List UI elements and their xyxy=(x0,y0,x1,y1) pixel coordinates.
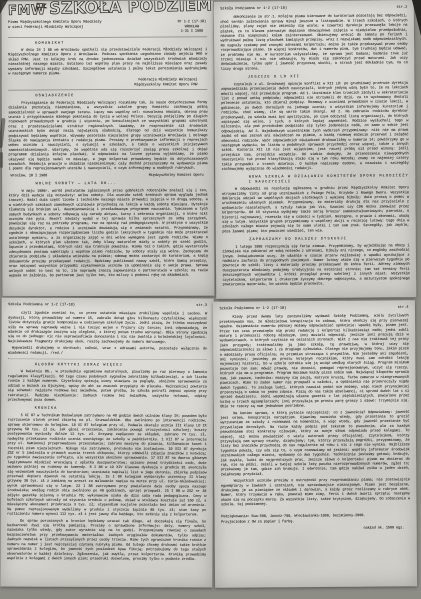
signature-org: Międzyszkolny Komitet Oporu xyxy=(149,173,204,178)
page-header-title: Szkoła Podziemna nr 1-2 (17-18) xyxy=(219,306,286,311)
body-paragraph: Do spraw poruszanych w kronice będziemy … xyxy=(7,519,206,562)
body-paragraph: dokończenie ze str.1. Kolejne pisma kier… xyxy=(220,14,407,72)
body-paragraph: Kiedy przed dwoma laty zaczynaliśmy wyda… xyxy=(219,314,409,410)
masthead: FMWSZKOŁA PODZIEMNA xyxy=(8,2,201,16)
page-3-content: Szkoła Podziemna nr 1-2 (17-18)str.3czyl… xyxy=(0,298,213,570)
page-header-title: Szkoła Podziemna nr 1-2 (17-18) xyxy=(8,303,75,308)
publication-subtitle: Pismo Międzyszkolnego Komitetu Oporu Mło… xyxy=(8,20,101,30)
page-number: str.2 xyxy=(396,5,407,10)
issue-date: 1-31 I 1988 xyxy=(178,29,206,34)
signature-line: Międzyszkolny Komitet Oporu FMW xyxy=(8,83,197,88)
signature-place-date: Wrocław, 10 I 1988 xyxy=(11,174,48,179)
section-heading: KOMUNIKAT xyxy=(35,40,207,45)
subtitle-line: w sieci Federacji Młodzieży Walczącej xyxy=(8,25,101,30)
dotted-divider xyxy=(8,359,207,360)
signature-block: Federacja Młodzieży WalczącejMiędzyszkol… xyxy=(8,78,197,88)
section-heading: WOLNE SOBOTY — LATA 80... xyxy=(36,181,208,186)
page-header-title: Szkoła Podziemna nr 1-2 (17-18) xyxy=(220,6,287,11)
newsletter-page-3: Szkoła Podziemna nr 1-2 (17-18)str.3czyl… xyxy=(0,298,213,588)
footer-acknowledgements: Podziękowania: Ewa-500, Janusz-700, Wroc… xyxy=(221,513,410,525)
body-paragraph: Wszystkich uczniów prosimy o ostrożność … xyxy=(221,478,410,508)
section-heading: OŚWIADCZENIE xyxy=(35,93,207,98)
page-header: Szkoła Podziemna nr 1-2 (17-18)str.2 xyxy=(220,5,407,11)
scan-edge-smudge xyxy=(0,152,3,168)
footer-line: Przyjaciołom z SW za papier i farbę. xyxy=(221,519,410,525)
newsletter-page-4: Szkoła Podziemna nr 1-2 (17-18)str.4Kied… xyxy=(213,300,417,588)
page-4-content: Szkoła Podziemna nr 1-2 (17-18)str.4Kied… xyxy=(213,300,417,537)
scanned-newsletter: FMWSZKOŁA PODZIEMNAPismo Międzyszkolnego… xyxy=(0,0,421,599)
page-number: str.4 xyxy=(398,305,409,310)
divider-rule xyxy=(8,89,207,90)
section-heading: NOWA SZKOŁA W DZIAŁANIU KOMITETÓW OPORU … xyxy=(249,174,409,185)
editor-note: Wypowiedzi drukujemy w skrótach; całość,… xyxy=(8,346,207,356)
body-paragraph: 5 XI 87 w Technikum Budowlanym zatrzyman… xyxy=(7,413,206,517)
section-heading: KRONIKA xyxy=(35,406,207,411)
body-paragraph: W dniu 24 I 88 we Wrocławiu spotkali się… xyxy=(8,48,207,77)
section-heading: GŁOSÓW KRYTYKI CORAZ WIĘCEJ xyxy=(35,363,207,368)
body-paragraph: W maju 1980r. wśród postulatów zgłaszany… xyxy=(9,188,208,278)
page-header: Szkoła Podziemna nr 1-2 (17-18)str.4 xyxy=(219,305,408,311)
print-run-note: nakład ok. 1500 egz. xyxy=(221,526,404,532)
body-paragraph: Czytelnik z ul. Grochowej opisuje konfli… xyxy=(221,81,409,172)
body-paragraph: W kwietniu 86., w przededniu egzaminów m… xyxy=(8,370,207,404)
divider-rule xyxy=(8,36,207,37)
publication-info: Pismo Międzyszkolnego Komitetu Oporu Mło… xyxy=(8,20,206,35)
flag-doodle-icon xyxy=(35,2,48,13)
page-number: str.3 xyxy=(196,303,207,308)
page-header: Szkoła Podziemna nr 1-2 (17-18)str.3 xyxy=(8,303,207,309)
section-heading: ZAPRASZAMY DO DALSZEJ DYSKUSJI xyxy=(249,236,409,242)
body-paragraph: W odpowiedzi na rezolucję ogłoszoną w gr… xyxy=(222,186,409,235)
page-1-content: FMWSZKOŁA PODZIEMNAPismo Międzyszkolnego… xyxy=(1,1,214,286)
signature-row: Wrocław, 10 I 1988Międzyszkolny Komitet … xyxy=(11,173,204,178)
issue-info: Nr 1-2 (17-18)WROCŁAW1-31 I 1988 xyxy=(178,20,206,34)
body-paragraph: 1 lutego 1988 rozpoczynają się ferie zim… xyxy=(222,244,409,288)
masthead-title: SZKOŁA PODZIEMNA xyxy=(49,1,215,18)
body-paragraph: Przystąpienie do Federacji Młodzieży Wal… xyxy=(8,100,207,171)
newsletter-page-2: Szkoła Podziemna nr 1-2 (17-18)str.2doko… xyxy=(214,0,417,299)
section-heading: JESZCZE O LO XII xyxy=(248,74,408,80)
page-2-content: Szkoła Podziemna nr 1-2 (17-18)str.2doko… xyxy=(214,0,417,294)
body-paragraph: czyli zgodnie oceniać to, co przez ostat… xyxy=(8,311,207,345)
newsletter-page-1: FMWSZKOŁA PODZIEMNAPismo Międzyszkolnego… xyxy=(1,1,214,297)
body-paragraph: Na koniec sprawa, o którą pytacie najczę… xyxy=(220,410,410,477)
